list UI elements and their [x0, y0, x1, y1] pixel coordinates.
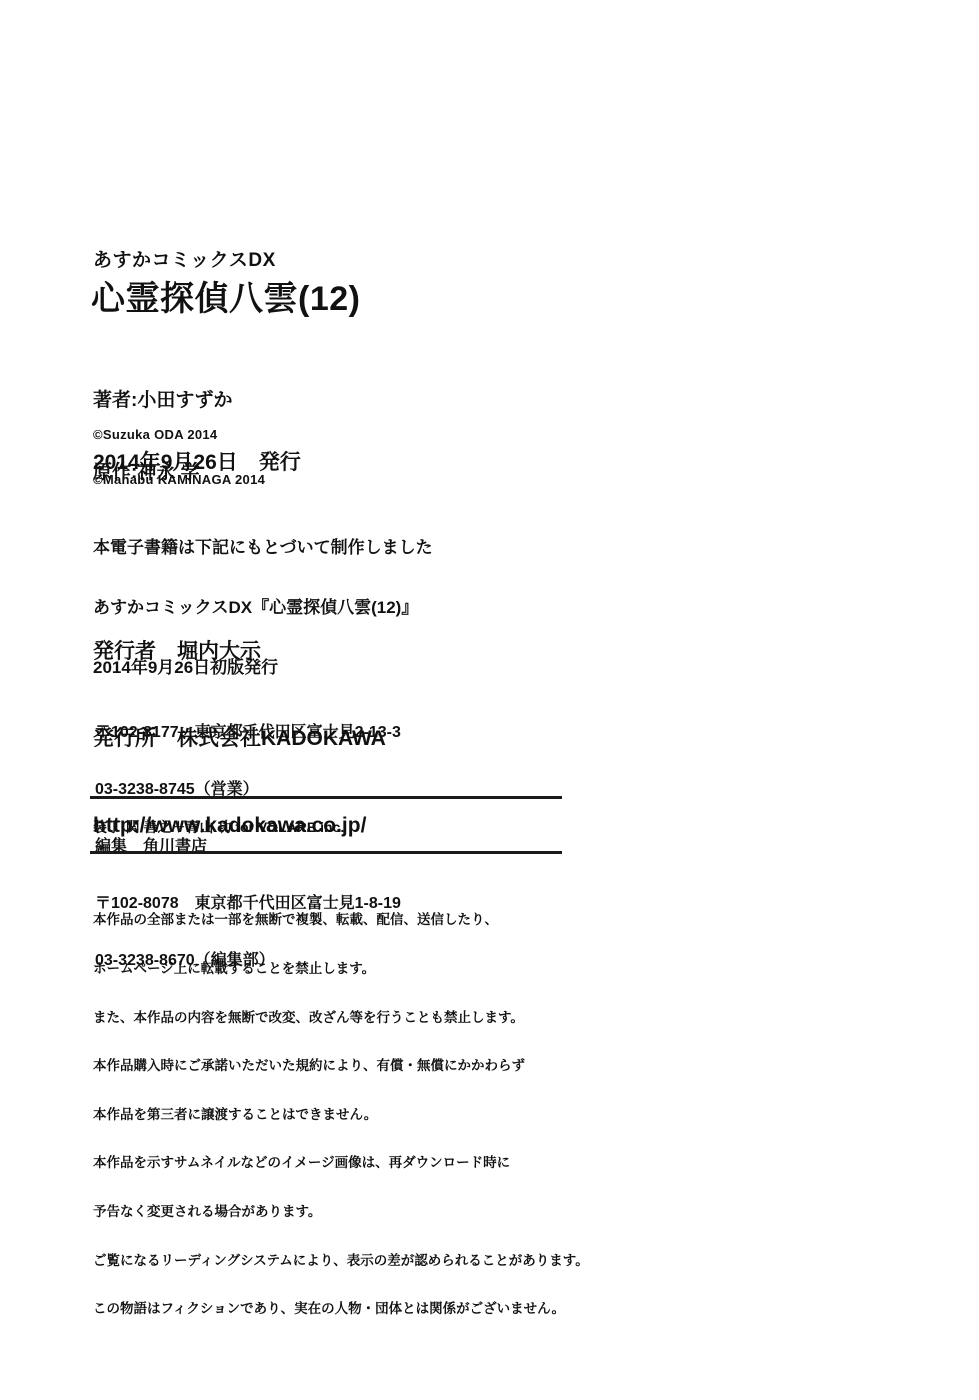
legal-line: 予告なく変更される場合があります。: [93, 1204, 589, 1220]
legal-line: 本作品購入時にご承諾いただいた規約により、有償・無償にかかわらず: [93, 1058, 589, 1074]
legal-line: 本作品の全部または一部を無断で複製、転載、配信、送信したり、: [93, 912, 589, 928]
legal-line: 本作品を示すサムネイルなどのイメージ画像は、再ダウンロード時に: [93, 1155, 589, 1171]
legal-line: また、本作品の内容を無断で改変、改ざん等を行うことも禁止します。: [93, 1010, 589, 1026]
divider-rule-bottom: [90, 851, 562, 854]
imprint-label: あすかコミックスDX: [93, 245, 276, 272]
legal-notice-block: 本作品の全部または一部を無断で複製、転載、配信、送信したり、 ホームページ上に転…: [93, 880, 589, 1350]
ebook-note-line: 本電子書籍は下記にもとづいて制作しました: [93, 538, 433, 558]
book-title: 心霊探偵八雲(12): [91, 271, 360, 320]
legal-line: ご覧になるリーディングシステムにより、表示の差が認められることがあります。: [93, 1253, 589, 1269]
colophon-page: あすかコミックスDX 心霊探偵八雲(12) 著者:小田すずか 原作:神永 学 ©…: [0, 0, 979, 1400]
divider-rule-top: [90, 796, 562, 799]
legal-line: この物語はフィクションであり、実在の人物・団体とは関係がございません。: [93, 1301, 589, 1317]
publisher-person-line: 発行者 堀内大示: [93, 637, 386, 666]
address-line: 〒102-8177 東京都千代田区富士見2-13-3: [95, 723, 401, 742]
legal-line: 本作品を第三者に譲渡することはできません。: [93, 1107, 589, 1123]
design-credit: 装丁:関 善之＋青山 功 for VOLARE inc.: [93, 817, 344, 837]
copyright-line: ©Suzuka ODA 2014: [93, 427, 265, 442]
publication-date: 2014年9月26日 発行: [93, 446, 301, 476]
legal-line: ホームページ上に転載することを禁止します。: [93, 961, 589, 977]
